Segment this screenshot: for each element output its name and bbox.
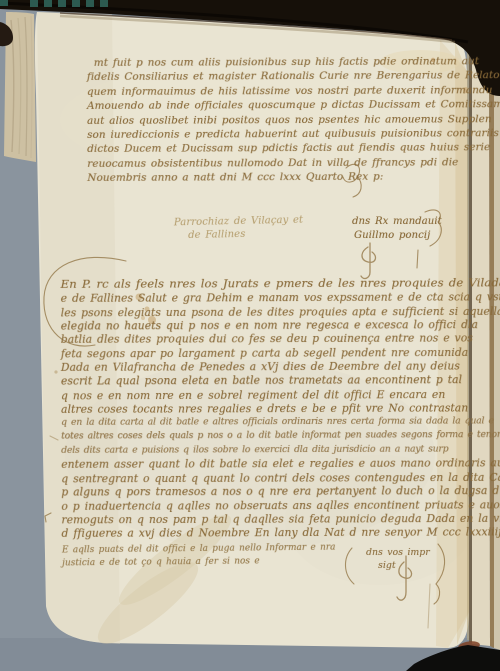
manuscript-line: Nouembris anno a natt dni M ccc lxxx Qua… (87, 169, 500, 185)
manuscript-line: remoguts on q nos pam p tal q daqlles si… (61, 512, 500, 528)
manuscript-line: dns Rx mandauit (352, 215, 442, 229)
manuscript-line: p alguns q pors tramesos a nos o q nre e… (61, 483, 500, 499)
manuscript-line: de Fallines (188, 227, 304, 242)
manuscript-line: dns vos impr (366, 546, 430, 559)
manuscript-line: d ffigueres a xvj dies d Noembre En lany… (61, 525, 500, 541)
manuscript-line: sigt (378, 559, 430, 572)
catalan-letter-block: En P. rc als feels nres los Jurats e pme… (61, 276, 500, 541)
chancery-mandate-note: dns Rx mandauit Guillmo poncij (352, 215, 442, 242)
manuscript-line: dels dits carta e puisions q ilos sobre … (61, 442, 500, 458)
manuscript-line: altres coses tocants nres regalies e dre… (61, 401, 500, 417)
manuscript-line: Guillmo poncij (354, 229, 442, 243)
manuscript-line: Amouendo ab inde officiales quoscumque p… (87, 97, 500, 113)
manuscript-line: batlia dles dites proquies dui co fes se… (61, 331, 500, 347)
manuscript-line: e de Fallines Salut e gra Dehim e manam … (61, 290, 500, 306)
manuscript-line: reuocamus obsistentibus nullomodo Dat in… (87, 155, 500, 171)
manuscript-line: elegida no hauets qui p nos e en nom nre… (61, 317, 500, 333)
rubric-parish-note: Parrochiaz de Vilaçay et de Fallines (174, 214, 304, 243)
manuscript-line: q nos e en nom nre en e sobrel regiment … (61, 387, 500, 403)
manuscript-photo: mt fuit p nos cum aliis puisionibus sup … (0, 0, 500, 671)
postscript-note: E aqlls puats del dit offici e la puga n… (62, 542, 336, 570)
registration-mark: dns vos impr sigt (366, 546, 430, 572)
manuscript-line: entenem asser quant lo dit batle sia ele… (61, 456, 500, 472)
manuscript-line: En P. rc als feels nres los Jurats e pme… (61, 276, 500, 292)
manuscript-line: totes altres coses dels quals p nos o a … (61, 428, 500, 444)
manuscript-line: dictos Ducem et Ducissam sup pdictis fac… (87, 140, 500, 156)
manuscript-line: o p inaduertencia q aqlles no obseruats … (61, 498, 500, 514)
manuscript-line: fidelis Consiliarius et magister Rationa… (87, 68, 500, 84)
manuscript-line: feta segons apar po largament p carta ab… (61, 346, 500, 362)
latin-entry-block: mt fuit p nos cum aliis puisionibus sup … (87, 54, 500, 185)
manuscript-line: escrit La qual psona eleta en batle nos … (61, 373, 500, 389)
